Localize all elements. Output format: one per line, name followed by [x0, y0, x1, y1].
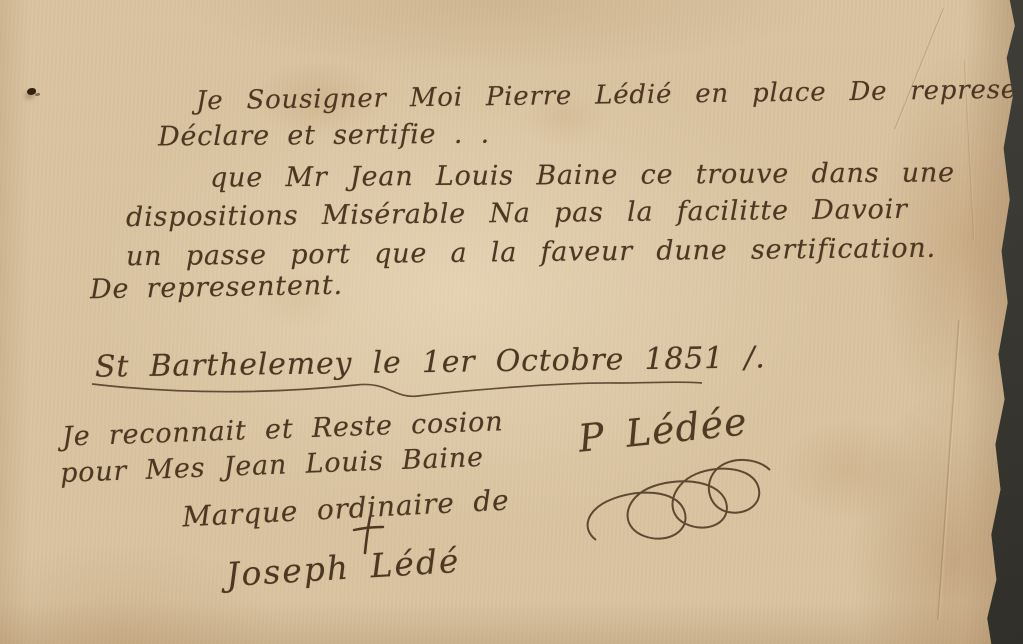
signature-flourish-icon [562, 452, 777, 557]
date-underline-stroke [88, 372, 708, 398]
manuscript-line-2: Déclare et sertifie . . [158, 119, 490, 153]
manuscript-line-3: que Mr Jean Louis Baine ce trouve dans u… [210, 157, 955, 193]
manuscript-paper-sheet: Je Sousigner Moi Pierre Lédié en place D… [0, 0, 1023, 644]
manuscript-line-6: De representent. [90, 270, 343, 305]
scanned-document-stage: Je Sousigner Moi Pierre Lédié en place D… [0, 0, 1023, 644]
